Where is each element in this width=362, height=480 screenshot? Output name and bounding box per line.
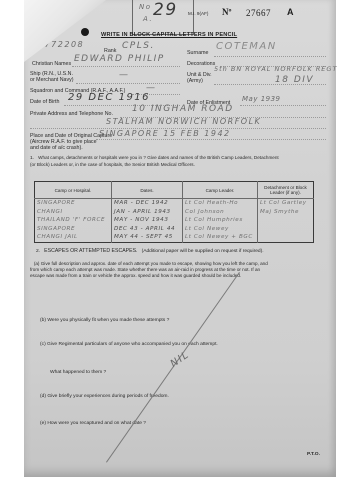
surname-rule — [214, 56, 326, 57]
boxed-number-a: A. — [143, 15, 153, 23]
cell-leader: Col Johnson — [183, 208, 258, 217]
address-label: Private Address and Telephone No. — [30, 111, 113, 117]
decorations-label: Decorations — [187, 61, 215, 67]
section1-question-line1: What camps, detachments or hospitals wer… — [38, 155, 279, 160]
unit-value-1: 5th BN ROYAL NORFOLK REGT — [214, 65, 337, 73]
rank-value: CPLS. — [122, 41, 155, 51]
cell-dates: MAR - DEC 1942 — [112, 199, 183, 208]
enlistment-value: May 1939 — [242, 95, 281, 103]
col-dates: Dates. — [112, 182, 183, 199]
cell-camp: CHANGI — [35, 208, 112, 217]
cell-leader: Lt Col Newey + BGC — [183, 233, 258, 242]
address-value-2: STALHAM NORWICH NORFOLK — [106, 117, 261, 126]
cell-block-leader: Maj Smythe — [258, 208, 314, 217]
col-camp: Camp or Hospital. — [35, 182, 112, 199]
question-c: (c) Give Regimental particulars of anyon… — [40, 342, 218, 348]
camps-table: Camp or Hospital. Dates. Camp Leader. De… — [34, 181, 314, 243]
cell-block-leader: Lt Col Gartley — [258, 199, 314, 208]
cell-camp: SINGAPORE — [35, 199, 112, 208]
christian-names-value: EDWARD PHILIP — [74, 54, 165, 64]
cell-dates: MAY - NOV 1943 — [112, 216, 183, 225]
cell-block-leader — [258, 225, 314, 234]
christian-names-rule — [72, 66, 180, 67]
question-a-line1: (a) Give full description and approx. da… — [34, 261, 268, 266]
ship-rule — [76, 83, 180, 84]
capture-value: SINGAPORE 15 FEB 1942 — [99, 129, 231, 138]
unit-rule — [214, 84, 326, 85]
col-detachment-leader: Detachment or Block Leader (if any). — [258, 182, 314, 199]
question-a-line3: escape was made from a train or vehicle … — [30, 273, 241, 278]
cell-camp: THAILAND 'F' FORCE — [35, 216, 112, 225]
section1-question-line2: (or Block) Leaders or, in the case of ho… — [30, 162, 195, 167]
section2-note: (Additional paper will be supplied on re… — [142, 249, 264, 254]
section2-number: 2. — [36, 249, 40, 254]
christian-names-label: Christian Names — [32, 61, 71, 67]
cell-leader: Lt Col Heath-Ho — [183, 199, 258, 208]
question-b: (b) Were you physically fit when you mad… — [40, 318, 169, 324]
section2-question-a: (a) Give full description and approx. da… — [30, 261, 268, 280]
section2-heading-line: 2. ESCAPES OR ATTEMPTED ESCAPES. (Additi… — [36, 248, 264, 255]
folded-corner — [24, 0, 106, 62]
dob-label: Date of Birth — [30, 99, 59, 105]
camps-table-header: Camp or Hospital. Dates. Camp Leader. De… — [35, 182, 314, 199]
cell-leader: Lt Col Newey — [183, 225, 258, 234]
capture-label-3: and date of a/c crash). — [30, 145, 83, 151]
boxed-number-value: 29 — [153, 0, 178, 20]
cell-dates: JAN - APRIL 1943 — [112, 208, 183, 217]
cell-block-leader — [258, 216, 314, 225]
cell-camp: SINGAPORE — [35, 225, 112, 234]
address-value-1: 10 INGHAM ROAD — [132, 104, 234, 114]
serial-number: 27667 — [246, 8, 271, 18]
pin-icon — [81, 28, 89, 36]
question-c-followup: What happened to them ? — [50, 370, 106, 376]
no-label: Nº — [222, 7, 231, 17]
cell-dates: MAY 44 - SEPT 45 — [112, 233, 183, 242]
cell-block-leader — [258, 233, 314, 242]
table-row: SINGAPORE MAR - DEC 1942 Lt Col Heath-Ho… — [35, 199, 314, 208]
ship-value: — — [119, 70, 130, 80]
cell-leader: Lt Col Humphries — [183, 216, 258, 225]
question-a-line2: from which camp each attempt was made. S… — [30, 267, 260, 272]
section1-question: 1. What camps, detachments or hospitals … — [30, 155, 279, 169]
ship-label-2: or Merchant Navy) — [30, 77, 74, 83]
dob-value: 29 DEC 1916 — [68, 92, 150, 103]
cell-dates: DEC 43 - APRIL 44 — [112, 225, 183, 234]
serial-suffix: A — [287, 7, 294, 17]
section1-number: 1. — [30, 156, 34, 161]
unit-label-2: (Army) — [187, 78, 203, 84]
ref-label: M.I. 9(AF) — [188, 11, 208, 16]
cell-camp: CHANGI JAIL — [35, 233, 112, 242]
boxed-number-no: No — [139, 3, 152, 11]
pto-label: P.T.O. — [307, 452, 320, 458]
col-camp-leader: Camp Leader. — [183, 182, 258, 199]
form-title: WRITE IN BLOCK CAPITAL LETTERS IN PENCIL — [101, 32, 237, 38]
capture-rule — [96, 139, 326, 140]
surname-value: COTEMAN — [216, 41, 277, 52]
enlistment-rule — [240, 105, 326, 106]
table-row: SINGAPORE DEC 43 - APRIL 44 Lt Col Newey — [35, 225, 314, 234]
surname-label: Surname — [187, 50, 209, 56]
table-row: CHANGI JAIL MAY 44 - SEPT 45 Lt Col Newe… — [35, 233, 314, 242]
boxed-number-stamp: No A. 29 — [132, 0, 194, 35]
table-row: THAILAND 'F' FORCE MAY - NOV 1943 Lt Col… — [35, 216, 314, 225]
section2-heading: ESCAPES OR ATTEMPTED ESCAPES. — [44, 248, 137, 254]
table-row: CHANGI JAN - APRIL 1943 Col Johnson Maj … — [35, 208, 314, 217]
